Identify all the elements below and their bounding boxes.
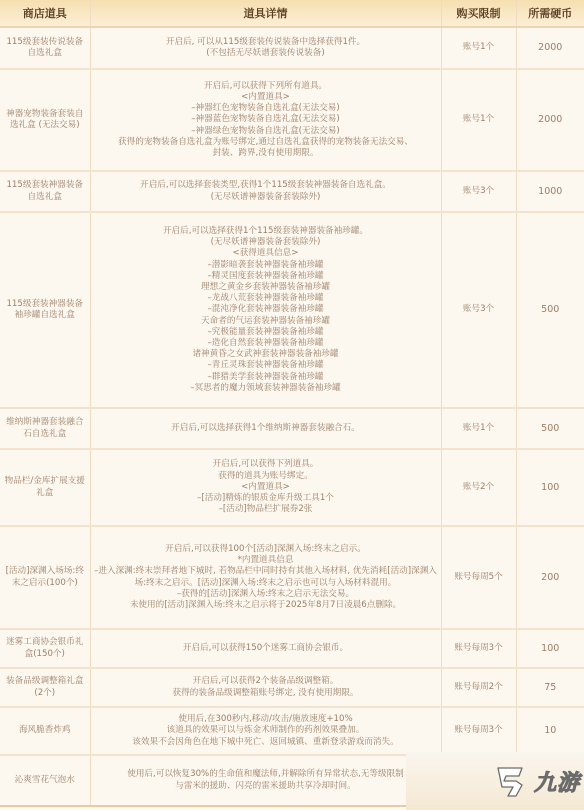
coin-price: 100: [516, 449, 584, 526]
detail-line: –进入深渊:终末崇拜者地下城时, 若物品栏中同时持有其他入场材料, 优先消耗[活…: [94, 566, 438, 588]
detail-line: 开启后,可以选择套装类型,获得1个115级套装神器装备自选礼盒。: [94, 180, 438, 191]
item-detail: 开启后,可以选择套装类型,获得1个115级套装神器装备自选礼盒。(无尽妖谱神器装…: [90, 171, 441, 212]
table-row: 物品栏/金库扩展支援礼盒开启后,可以获得下列道具。获得的道具为账号绑定。<内置道…: [0, 449, 584, 526]
table-row: 115级套装神器装备自选礼盒开启后,可以选择套装类型,获得1个115级套装神器装…: [0, 171, 584, 212]
watermark-logo: 九游: [492, 764, 580, 798]
detail-line: 使用后,可以恢复30%的生命值和魔法师,并解除所有异常状态,无等级限制: [94, 769, 438, 780]
detail-line: –青丘灵珠套装神器装备袖珍罐: [94, 360, 438, 371]
detail-line: <获得道具信息>: [94, 248, 438, 259]
detail-line: –获得的[活动]深渊入场:终末之启示无法交易。: [94, 589, 438, 600]
detail-line: –混沌净化套装神器装备袖珍罐: [94, 304, 438, 315]
item-name: 115级套装神器装备袖珍罐自选礼盒: [0, 212, 90, 408]
item-detail: 开启后,可以选择获得1个维纳斯神器套装融合石。: [90, 408, 441, 449]
detail-line: –神器绿色宠物装备自选礼盒(无法交易): [94, 126, 438, 137]
detail-line: 开启后,可以选择获得1个维纳斯神器套装融合石。: [94, 423, 438, 434]
detail-line: 开启后,可以获得下列道具。: [94, 459, 438, 470]
detail-line: 开启后,可以获得2个装备品级调整箱。: [94, 676, 438, 687]
detail-line: 开启后,可以获得下列所有道具。: [94, 81, 438, 92]
jiuyou-logo-icon: [492, 764, 530, 798]
purchase-limit: 账号3个: [441, 212, 516, 408]
detail-line: 开启后,可以选择获得1个115级套装神器装备袖珍罐。: [94, 226, 438, 237]
table-row: [活动]深渊入场场:终末之启示(100个)开启后,可以获得100个[活动]深渊入…: [0, 526, 584, 629]
coin-price: 200: [516, 526, 584, 629]
item-name: 迷雾工商协会银币礼盒(150个): [0, 629, 90, 668]
watermark: 九游: [406, 752, 584, 810]
watermark-text: 九游: [534, 766, 580, 797]
detail-line: –造化自然套装神器装备袖珍罐: [94, 338, 438, 349]
detail-line: –精灵国度套装神器装备袖珍罐: [94, 271, 438, 282]
coin-price: 2000: [516, 27, 584, 69]
item-detail: 开启后,可以获得100个[活动]深渊入场:终末之启示。*内置道具信息–进入深渊:…: [90, 526, 441, 629]
purchase-limit: 账号每周5个: [441, 526, 516, 629]
detail-line: 获得的道具为账号绑定。: [94, 471, 438, 482]
item-detail: 使用后,在300秒内,移动/攻击/施放速度+10%该道具的效果可以与炼金术师制作…: [90, 707, 441, 755]
detail-line: 天命者的气运套装神器装备袖珍罐: [94, 316, 438, 327]
detail-line: –龙战八荒套装神器装备袖珍罐: [94, 293, 438, 304]
detail-line: –神器红色宠物装备自选礼盒(无法交易): [94, 103, 438, 114]
table-row: 神器宠物装备套装自选礼盒 (无法交易)开启后,可以获得下列所有道具。<内置道具>…: [0, 69, 584, 171]
item-name: 维纳斯神器套装融合石自选礼盒: [0, 408, 90, 449]
coin-price: 100: [516, 629, 584, 668]
purchase-limit: 账号每周3个: [441, 629, 516, 668]
detail-line: –冥思者的魔力领域套装神器装备袖珍罐: [94, 383, 438, 394]
table-row: 115级套装传说装备自选礼盒开启后, 可以从115级套装传说装备中选择获得1件。…: [0, 27, 584, 69]
detail-line: –神器蓝色宠物装备自选礼盒(无法交易): [94, 114, 438, 125]
header-limit: 购买限制: [441, 0, 516, 27]
detail-line: (无尽妖谱神器装备套装除外): [94, 192, 438, 203]
item-name: 神器宠物装备套装自选礼盒 (无法交易): [0, 69, 90, 171]
header-item: 商店道具: [0, 0, 90, 27]
detail-line: (不包括无尽妖谱套装传说装备): [94, 48, 438, 59]
coin-price: 1000: [516, 171, 584, 212]
item-name: 装备品级调整箱礼盒(2个): [0, 668, 90, 707]
item-detail: 开启后,可以获得150个迷雾工商协会银币。: [90, 629, 441, 668]
coin-price: 500: [516, 408, 584, 449]
detail-line: 开启后,可以获得150个迷雾工商协会银币。: [94, 643, 438, 654]
detail-line: –[活动]精炼的银质金库升级工具1个: [94, 493, 438, 504]
header-detail: 道具详情: [90, 0, 441, 27]
purchase-limit: 账号2个: [441, 449, 516, 526]
item-name: 沁爽雪花气泡水: [0, 755, 90, 806]
detail-line: 该道具的效果可以与炼金术师制作的药剂效果叠加。: [94, 725, 438, 736]
detail-line: –群猎美学套装神器装备袖珍罐: [94, 372, 438, 383]
item-name: 115级套装神器装备自选礼盒: [0, 171, 90, 212]
detail-line: 开启后,可以获得100个[活动]深渊入场:终末之启示。: [94, 544, 438, 555]
item-name: 115级套装传说装备自选礼盒: [0, 27, 90, 69]
purchase-limit: 账号每周3个: [441, 707, 516, 755]
coin-price: 10: [516, 707, 584, 755]
item-name: 物品栏/金库扩展支援礼盒: [0, 449, 90, 526]
item-detail: 开启后,可以获得下列道具。获得的道具为账号绑定。<内置道具>–[活动]精炼的银质…: [90, 449, 441, 526]
detail-line: (无尽妖谱神器装备套装除外): [94, 237, 438, 248]
purchase-limit: 账号每周2个: [441, 668, 516, 707]
detail-line: 未使用的[活动]深渊入场:终末之启示将于2025年8月7日凌晨6点删除。: [94, 600, 438, 611]
detail-line: <内置道具>: [94, 92, 438, 103]
detail-line: 获得的装备品级调整箱账号绑定, 没有使用期限。: [94, 688, 438, 699]
detail-line: 与雷米的援助、闪亮的雷米援助共享冷却时间。: [94, 781, 438, 792]
item-detail: 使用后,可以恢复30%的生命值和魔法师,并解除所有异常状态,无等级限制与雷米的援…: [90, 755, 441, 806]
item-detail: 开启后,可以获得2个装备品级调整箱。获得的装备品级调整箱账号绑定, 没有使用期限…: [90, 668, 441, 707]
detail-line: 该效果不会因角色在地下城中死亡、返回城镇、重新登录游戏而消失。: [94, 737, 438, 748]
table-row: 维纳斯神器套装融合石自选礼盒开启后,可以选择获得1个维纳斯神器套装融合石。账号1…: [0, 408, 584, 449]
detail-line: *内置道具信息: [94, 555, 438, 566]
detail-line: <内置道具>: [94, 482, 438, 493]
detail-line: 开启后, 可以从115级套装传说装备中选择获得1件。: [94, 37, 438, 48]
detail-line: 诸神黄昏之女武神套装神器装备袖珍罐: [94, 349, 438, 360]
detail-line: –[活动]物品栏扩展券2张: [94, 504, 438, 515]
table-row: 装备品级调整箱礼盒(2个)开启后,可以获得2个装备品级调整箱。获得的装备品级调整…: [0, 668, 584, 707]
detail-line: –究极能量套装神器装备袖珍罐: [94, 327, 438, 338]
table-row: 海风脆香炸鸡使用后,在300秒内,移动/攻击/施放速度+10%该道具的效果可以与…: [0, 707, 584, 755]
purchase-limit: 账号1个: [441, 27, 516, 69]
coin-price: 500: [516, 212, 584, 408]
purchase-limit: 账号1个: [441, 69, 516, 171]
coin-price: 2000: [516, 69, 584, 171]
item-detail: 开启后, 可以从115级套装传说装备中选择获得1件。(不包括无尽妖谱套装传说装备…: [90, 27, 441, 69]
purchase-limit: 账号1个: [441, 408, 516, 449]
item-name: [活动]深渊入场场:终末之启示(100个): [0, 526, 90, 629]
table-header-row: 商店道具 道具详情 购买限制 所需硬币: [0, 0, 584, 27]
item-detail: 开启后,可以选择获得1个115级套装神器装备袖珍罐。(无尽妖谱神器装备套装除外)…: [90, 212, 441, 408]
detail-line: –潜影暗袭套装神器装备袖珍罐: [94, 260, 438, 271]
table-row: 迷雾工商协会银币礼盒(150个)开启后,可以获得150个迷雾工商协会银币。账号每…: [0, 629, 584, 668]
detail-line: 封装、跨界,没有使用期限。: [94, 148, 438, 159]
item-detail: 开启后,可以获得下列所有道具。<内置道具>–神器红色宠物装备自选礼盒(无法交易)…: [90, 69, 441, 171]
detail-line: 理想之黄金乡套装神器装备袖珍罐: [94, 282, 438, 293]
table-row: 115级套装神器装备袖珍罐自选礼盒开启后,可以选择获得1个115级套装神器装备袖…: [0, 212, 584, 408]
purchase-limit: 账号3个: [441, 171, 516, 212]
detail-line: 获得的宠物装备自选礼盒为账号绑定,通过自选礼盒获得的宠物装备无法交易、: [94, 137, 438, 148]
item-name: 海风脆香炸鸡: [0, 707, 90, 755]
coin-price: 75: [516, 668, 584, 707]
detail-line: 使用后,在300秒内,移动/攻击/施放速度+10%: [94, 714, 438, 725]
header-price: 所需硬币: [516, 0, 584, 27]
shop-items-table: 商店道具 道具详情 购买限制 所需硬币 115级套装传说装备自选礼盒开启后, 可…: [0, 0, 584, 807]
